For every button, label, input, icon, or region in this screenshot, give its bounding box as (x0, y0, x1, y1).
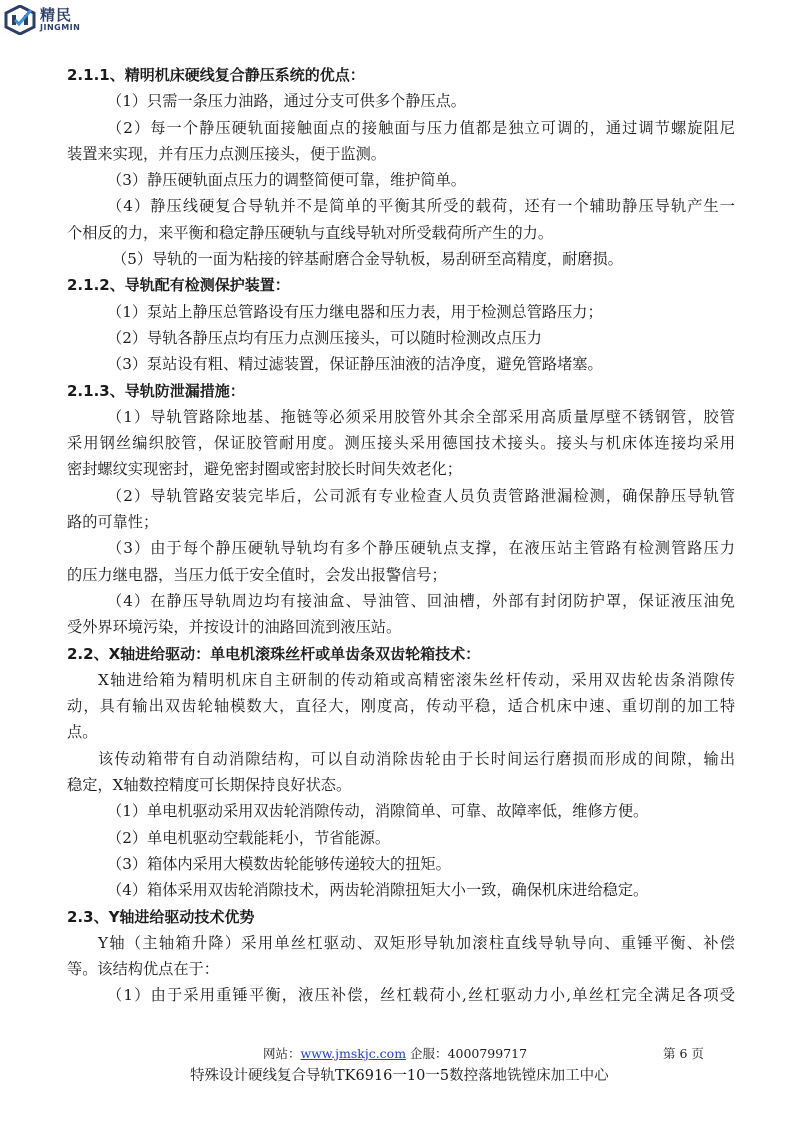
list-item: （5）导轨的一面为粘接的锌基耐磨合金导轨板，易刮研至高精度，耐磨损。 (67, 246, 735, 272)
list-item: （2）单电机驱动空载能耗小，节省能源。 (67, 825, 735, 851)
list-item: （3）静压硬轨面点压力的调整简便可靠，维护简单。 (67, 167, 735, 193)
paragraph-line: 个相反的力，来平衡和稳定静压硬轨与直线导轨对所受载荷所产生的力。 (67, 220, 735, 246)
heading-2-1-3: 2.1.3、导轨防泄漏措施： (67, 378, 735, 404)
paragraph-line: 装置来实现，并有压力点测压接头，便于监测。 (67, 141, 735, 167)
website-link[interactable]: www.jmskjc.com (301, 1046, 407, 1061)
paragraph-line: （4）在静压导轨周边均有接油盒、导油管、回油槽，外部有封闭防护罩，保证液压油免 (67, 588, 735, 614)
paragraph-line: （3）由于每个静压硬轨导轨均有多个静压硬轨点支撑，在液压站主管路有检测管路压力 (67, 535, 735, 561)
document-body: 2.1.1、精明机床硬线复合静压系统的优点： （1）只需一条压力油路，通过分支可… (67, 62, 735, 1009)
heading-2-1-2: 2.1.2、导轨配有检测保护装置： (67, 272, 735, 298)
paragraph-line: 受外界环境污染，并按设计的油路回流到液压站。 (67, 614, 735, 640)
paragraph-line: （2）每一个静压硬轨面接触面点的接触面与压力值都是独立可调的，通过调节螺旋阻尼 (67, 115, 735, 141)
jingmin-logo-icon (4, 5, 36, 35)
paragraph-line: 采用钢丝编织胶管，保证胶管耐用度。测压接头采用德国技术接头。接头与机床体连接均采… (67, 430, 735, 456)
paragraph-line: 点。 (67, 719, 735, 745)
paragraph-line: 该传动箱带有自动消隙结构，可以自动消除齿轮由于长时间运行磨损而形成的间隙，输出 (67, 746, 735, 772)
list-item: （1）只需一条压力油路，通过分支可供多个静压点。 (67, 88, 735, 114)
list-item: （4）箱体采用双齿轮消隙技术，两齿轮消隙扭矩大小一致，确保机床进给稳定。 (67, 877, 735, 903)
paragraph-line: 等。该结构优点在于： (67, 956, 735, 982)
paragraph-line: 稳定，X轴数控精度可长期保持良好状态。 (67, 772, 735, 798)
paragraph-line: 密封螺纹实现密封，避免密封圈或密封胶长时间失效老化； (67, 456, 735, 482)
logo-chinese-name: 精民 (40, 8, 80, 23)
page-number: 第 6 页 (663, 1044, 704, 1062)
service-phone: 4000799717 (448, 1046, 528, 1061)
website-label: 网站： (263, 1046, 301, 1061)
logo-english-name: JINGMIN (40, 24, 80, 32)
paragraph-line: （1）由于采用重锤平衡，液压补偿，丝杠载荷小,丝杠驱动力小,单丝杠完全满足各项受 (67, 982, 735, 1008)
list-item: （1）泵站上静压总管路设有压力继电器和压力表，用于检测总管路压力； (67, 299, 735, 325)
heading-2-3: 2.3、Y轴进给驱动技术优势 (67, 904, 735, 930)
paragraph-line: （2）导轨管路安装完毕后，公司派有专业检查人员负责管路泄漏检测，确保静压导轨管 (67, 483, 735, 509)
footer-contact: 网站：www.jmskjc.com 企服：4000799717 (263, 1044, 527, 1062)
list-item: （3）泵站设有粗、精过滤装置，保证静压油液的洁净度，避免管路堵塞。 (67, 351, 735, 377)
company-logo: 精民 JINGMIN (4, 4, 80, 36)
paragraph-line: 的压力继电器，当压力低于安全值时，会发出报警信号； (67, 562, 735, 588)
paragraph-line: 路的可靠性； (67, 509, 735, 535)
heading-2-2: 2.2、X轴进给驱动：单电机滚珠丝杆或单齿条双齿轮箱技术： (67, 641, 735, 667)
list-item: （2）导轨各静压点均有压力点测压接头，可以随时检测改点压力 (67, 325, 735, 351)
service-label: 企服： (406, 1046, 447, 1061)
list-item: （3）箱体内采用大模数齿轮能够传递较大的扭矩。 (67, 851, 735, 877)
paragraph-line: （4）静压线硬复合导轨并不是简单的平衡其所受的载荷，还有一个辅助静压导轨产生一 (67, 193, 735, 219)
paragraph-line: Y轴（主轴箱升降）采用单丝杠驱动、双矩形导轨加滚柱直线导轨导向、重锤平衡、补偿 (67, 930, 735, 956)
paragraph-line: X轴进给箱为精明机床自主研制的传动箱或高精密滚朱丝杆传动，采用双齿轮齿条消隙传 (67, 667, 735, 693)
document-title: 特殊设计硬线复合导轨TK6916一10一5数控落地铣镗床加工中心 (190, 1064, 609, 1085)
list-item: （1）单电机驱动采用双齿轮消隙传动，消隙简单、可靠、故障率低，维修方便。 (67, 798, 735, 824)
heading-2-1-1: 2.1.1、精明机床硬线复合静压系统的优点： (67, 62, 735, 88)
paragraph-line: 动，具有输出双齿轮轴模数大，直径大，刚度高，传动平稳，适合机床中速、重切削的加工… (67, 693, 735, 719)
paragraph-line: （1）导轨管路除地基、拖链等必须采用胶管外其余全部采用高质量厚壁不锈钢管，胶管 (67, 404, 735, 430)
